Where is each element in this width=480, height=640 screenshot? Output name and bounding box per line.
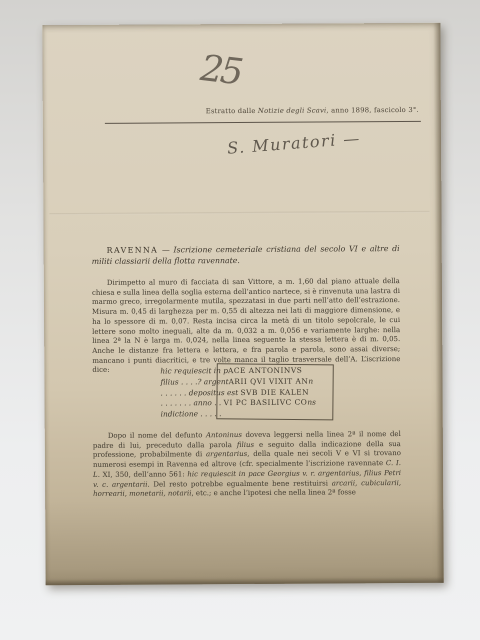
site-name: RAVENNA [107,246,159,255]
paper-edge-shade-right [433,23,443,583]
text-segment: XI, 350, dell’anno 561: [100,470,187,479]
text-segment: , anno 1898, fascicolo 3°. [326,106,419,115]
photo-backdrop: { "photo": { "backdrop_color": "#e7e8e9"… [0,0,480,640]
title-dash: — [158,245,173,254]
paragraph-commentary: Dopo il nome del defunto Antoninus dovev… [93,430,401,500]
restored-text: . . . . . . . anno . . [161,399,224,408]
restored-text: indictione . . . . . [161,409,222,418]
paragraph-description: Dirimpetto al muro di facciata di san Vi… [92,277,401,376]
italic-text-segment: filius [237,441,254,449]
text-segment: Dopo il nome del defunto [108,431,206,440]
italic-text-segment: Notizie degli Scavi [258,106,327,114]
owner-signature: S. Muratori — [226,129,361,158]
pencil-number-annotation: 25 [198,48,242,93]
text-segment: , etc.; e anche l’ipotesi che nella line… [191,489,355,498]
text-segment: . Del resto potrebbe egualmente bene res… [147,479,331,488]
text-segment: Estratto dalle [206,107,258,115]
article-title: RAVENNA — Iscrizione cemeteriale cristia… [92,244,400,267]
offprint-caption: Estratto dalle Notizie degli Scavi, anno… [206,106,419,115]
paper-crease [49,211,429,215]
offprint-page: 25 Estratto dalle Notizie degli Scavi, a… [42,23,443,585]
italic-text-segment: argentarius [206,450,247,458]
paper-edge-shade-bottom [46,577,444,585]
stone-outline-box [216,363,334,420]
caption-rule [105,121,421,124]
italic-text-segment: Antoninus [206,431,242,439]
